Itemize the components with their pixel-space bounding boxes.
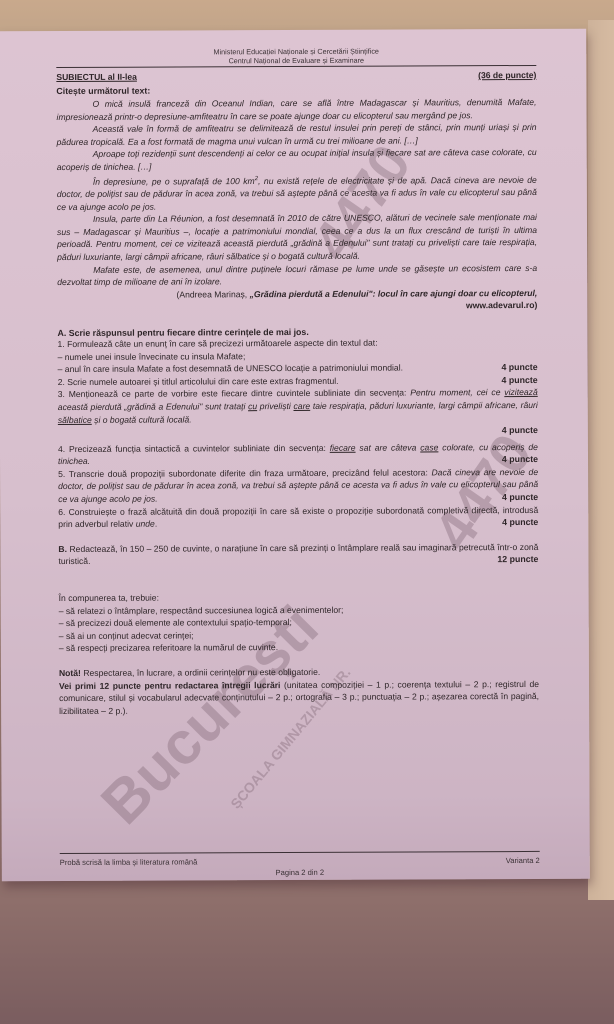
section-b-task: B. Redactează, în 150 – 250 de cuvinte, … [58, 541, 538, 568]
passage-paragraph: Insula, parte din La Réunion, a fost des… [57, 211, 537, 263]
document-header: Ministerul Educației Naționale și Cercet… [56, 46, 536, 66]
question-5: 5. Transcrie două propoziții subordonate… [58, 466, 538, 506]
read-heading: Citește următorul text: [56, 84, 536, 96]
passage-paragraph: O mică insulă franceză din Oceanul India… [56, 96, 536, 123]
page-footer: Probă scrisă la limba și literatura româ… [60, 851, 540, 878]
subject-points: (36 de puncte) [478, 70, 536, 80]
question-4: 4. Precizează funcția sintactică a cuvin… [58, 441, 538, 468]
exam-page: 4470 4470 București ȘCOALA GIMNAZIALĂ NR… [0, 29, 590, 882]
footer-variant: Varianta 2 [506, 856, 540, 865]
passage-paragraph: În depresiune, pe o suprafață de 100 km2… [57, 172, 537, 214]
footer-page-number: Pagina 2 din 2 [60, 867, 540, 878]
question-3: 3. Menționează ce parte de vorbire este … [58, 386, 538, 426]
question-3-points: 4 puncte [58, 424, 538, 439]
passage: O mică insulă franceză din Oceanul India… [56, 96, 537, 314]
table-edge [588, 20, 614, 900]
footer-exam-name: Probă scrisă la limba și literatura româ… [60, 857, 198, 867]
passage-paragraph: Această vale în formă de amfiteatru se d… [57, 121, 537, 148]
passage-paragraph: Mafate este, de asemenea, unul dintre pu… [57, 262, 537, 289]
question-6: 6. Construiește o frază alcătuită din do… [58, 504, 538, 531]
subject-heading: SUBIECTUL al II-lea (36 de puncte) [56, 70, 536, 82]
note: Notă! Respectarea, în lucrare, a ordinii… [59, 665, 539, 717]
passage-paragraph: Aproape toți rezidenții sunt descendenți… [57, 146, 537, 173]
source-citation: (Andreea Marinaș, „Grădina pierdută a Ed… [57, 287, 537, 314]
subject-title: SUBIECTUL al II-lea [56, 72, 137, 82]
section-a-questions: 1. Formulează câte un enunț în care să p… [57, 336, 538, 531]
